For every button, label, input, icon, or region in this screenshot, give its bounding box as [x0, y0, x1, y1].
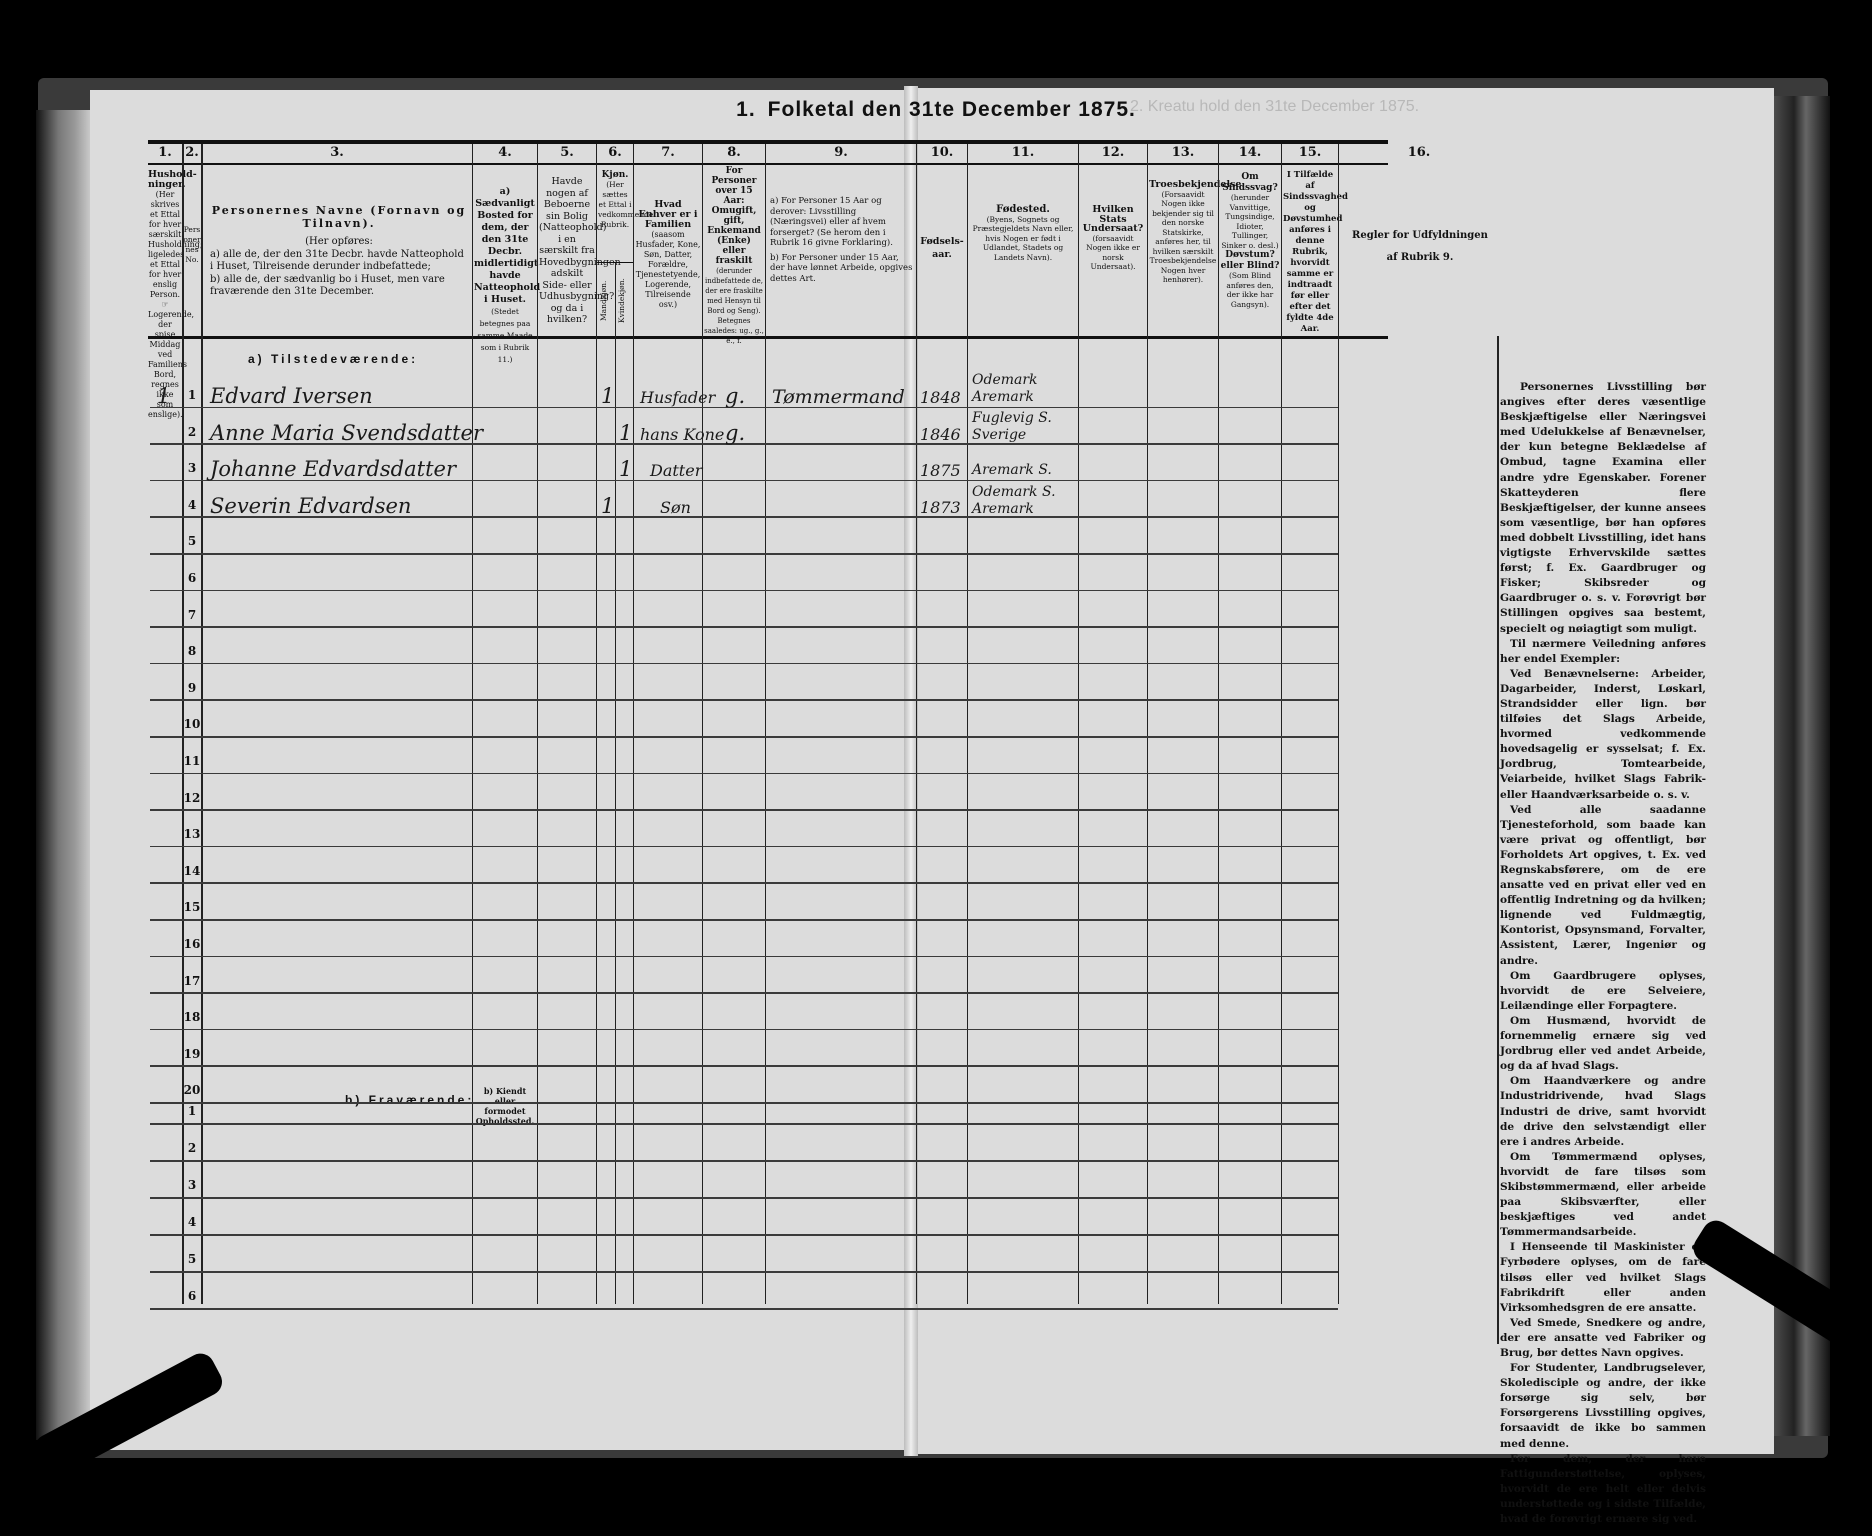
col-header-3-note-b: b) alle de, der sædvanlig bo i Huset, me…: [210, 274, 468, 299]
col-header-14: Om Sindssvag? (herunder Vanvittige, Tung…: [1220, 172, 1280, 309]
col-divider: [537, 144, 538, 1304]
col-header-14-note2: (Som Blind anføres den, der ikke har Gan…: [1226, 271, 1273, 309]
family-role: Husfader: [640, 388, 715, 407]
col-divider: [1147, 144, 1148, 1304]
row-rule: [150, 1160, 1338, 1162]
col-header-9: a) For Personer 15 Aar og derover: Livss…: [770, 196, 914, 284]
person-name: Anne Maria Svendsdatter: [210, 421, 483, 445]
col-divider: [967, 144, 968, 1304]
rules-paragraph: Om Haandværkere og andre Industridrivend…: [1500, 1074, 1706, 1149]
bleed-through-title: 2. Kreatu hold den 31te December 1875.: [1130, 98, 1419, 116]
household-mark: 1: [157, 384, 170, 408]
col-header-9-b: b) For Personer under 15 Aar, der have l…: [770, 253, 914, 285]
col-num-16: 16.: [1339, 145, 1499, 160]
col-header-6-title: Kjøn.: [602, 170, 629, 180]
col-num-6: 6.: [597, 145, 633, 160]
birthplace: Odemark Aremark: [972, 372, 1072, 406]
row-rule: [150, 553, 1338, 555]
col-divider: [1338, 144, 1339, 1304]
row-rule: [150, 956, 1338, 958]
title-text: Folketal den 31te December 1875.: [768, 98, 1136, 121]
row-rule: [150, 846, 1338, 848]
absent-col4-header: b) Kiendt eller formodet Opholdssted.: [474, 1086, 536, 1126]
col-divider: [472, 144, 473, 1304]
occupation: Tømmermand: [772, 386, 905, 408]
row-number: 12: [181, 791, 203, 805]
row-rule: [150, 809, 1338, 811]
col-num-14: 14.: [1219, 145, 1281, 160]
document-title: 1.Folketal den 31te December 1875.: [0, 98, 1872, 122]
row-number: 4: [181, 498, 203, 512]
section-present-label: a) Tilstedeværende:: [248, 352, 418, 366]
col-header-6-female: Kvindekjøn.: [616, 270, 633, 332]
absent-row-number: 3: [181, 1178, 203, 1192]
col-header-12-note: (forsaavidt Nogen ikke er norsk Undersaa…: [1086, 234, 1140, 272]
person-name: Edvard Iversen: [210, 384, 373, 408]
col-header-8-note: (derunder indbefattede de, der ere frask…: [704, 267, 764, 345]
birthplace: Odemark S. Aremark: [972, 484, 1072, 518]
rules-paragraph: Personernes Livsstilling bør angives eft…: [1500, 380, 1706, 637]
col-num-1: 1.: [148, 145, 182, 160]
birth-year: 1875: [920, 461, 961, 480]
col-header-14-title: Om Sindssvag?: [1222, 172, 1278, 193]
row-number: 8: [181, 644, 203, 658]
col-header-6-male: Mandkjøn.: [598, 270, 615, 332]
col-num-3: 3.: [202, 145, 472, 160]
col-num-7: 7.: [634, 145, 702, 160]
col-header-7: Hvad Enhver er i Familien (saasom Husfad…: [635, 200, 701, 310]
row-number: 9: [181, 681, 203, 695]
col-header-4-title: a) Sædvanligt Bosted for dem, der den 31…: [474, 186, 540, 305]
col-header-3: Personernes Navne (Fornavn og Tilnavn). …: [210, 205, 468, 299]
col-header-1: Hushold-ninger. (Her skrives et Ettal fo…: [148, 170, 182, 420]
header-num-rule: [148, 163, 1388, 165]
col-num-2: 2.: [183, 145, 201, 160]
row-number: 16: [181, 937, 203, 951]
col-num-9: 9.: [766, 145, 916, 160]
row-rule: [150, 1029, 1338, 1031]
col-header-13-note: (Forsaavidt Nogen ikke bekjender sig til…: [1150, 190, 1217, 285]
col-divider: [633, 144, 634, 1304]
row-number: 18: [181, 1010, 203, 1024]
rules-paragraph: Om Husmænd, hvorvidt de fornemmelig ernæ…: [1500, 1014, 1706, 1074]
col-num-11: 11.: [968, 145, 1078, 160]
row-rule: [150, 1065, 1338, 1067]
birthplace: Aremark S.: [972, 462, 1052, 478]
rules-column-16: Personernes Livsstilling bør angives eft…: [1500, 380, 1706, 1527]
row-rule: [150, 882, 1338, 884]
col-divider: [1218, 144, 1219, 1304]
row-rule: [150, 1308, 1338, 1310]
rules-left-border: [1497, 336, 1499, 1344]
col-divider: [765, 144, 766, 1304]
col-header-3-title: Personernes Navne (Fornavn og Tilnavn).: [210, 205, 468, 230]
rules-paragraph: I Henseende til Maskinister og Fyrbødere…: [1500, 1240, 1706, 1315]
absent-row-number: 2: [181, 1141, 203, 1155]
rules-paragraph: For dem, der have Fattigunderstøttelse, …: [1500, 1452, 1706, 1527]
person-name: Severin Edvardsen: [210, 494, 411, 518]
col-divider: [702, 144, 703, 1304]
header-top-rule: [148, 140, 1388, 144]
col-header-12-title: Hvilken Stats Undersaat?: [1083, 204, 1144, 234]
row-number: 19: [181, 1047, 203, 1061]
col-header-15: I Tilfælde af Sindssvaghed og Døvstumhed…: [1283, 170, 1337, 335]
row-rule: [150, 1271, 1338, 1273]
row-number: 13: [181, 827, 203, 841]
row-number: 11: [181, 754, 203, 768]
col-header-8-title: For Personer over 15 Aar: Omugift, gift,…: [707, 166, 761, 266]
col-num-15: 15.: [1282, 145, 1338, 160]
col-header-13: Troesbekjendelse. (Forsaavidt Nogen ikke…: [1149, 180, 1217, 285]
rules-paragraph: Om Tømmermænd oplyses, hvorvidt de fare …: [1500, 1150, 1706, 1241]
col-header-9-a: a) For Personer 15 Aar og derover: Livss…: [770, 196, 914, 249]
family-role: hans Kone: [640, 425, 724, 444]
rules-paragraph: Ved alle saadanne Tjenesteforhold, som b…: [1500, 803, 1706, 969]
col-num-12: 12.: [1079, 145, 1147, 160]
absent-row-number: 5: [181, 1252, 203, 1266]
marital-status: g.: [725, 384, 745, 408]
col-num-8: 8.: [703, 145, 765, 160]
col-header-16: Regler for Udfyldningen af Rubrik 9.: [1345, 225, 1495, 269]
col-header-12: Hvilken Stats Undersaat? (forsaavidt Nog…: [1080, 205, 1146, 272]
col-header-3-intro: (Her opføres:: [210, 236, 468, 249]
section-absent-label: b) Fraværende:: [345, 1093, 474, 1107]
row-number: 15: [181, 900, 203, 914]
col-header-14-note: (herunder Vanvittige, Tungsindige, Idiot…: [1221, 193, 1278, 250]
row-number: 10: [181, 717, 203, 731]
family-role: Datter: [650, 461, 702, 480]
col-divider: [1281, 144, 1282, 1304]
row-rule: [150, 736, 1338, 738]
col-num-10: 10.: [917, 145, 967, 160]
col-num-5: 5.: [538, 145, 596, 160]
row-number: 3: [181, 461, 203, 475]
row-rule: [150, 773, 1338, 775]
row-rule: [150, 626, 1338, 628]
birthplace: Fuglevig S. Sverige: [972, 410, 1072, 444]
col-header-14-title2: Døvstum? eller Blind?: [1221, 250, 1280, 271]
col-header-11: Fødested. (Byens, Sognets og Præstegjeld…: [969, 205, 1077, 262]
row-number: 14: [181, 864, 203, 878]
person-name: Johanne Edvardsdatter: [210, 457, 456, 481]
book-edge-right: [1770, 96, 1830, 1436]
col-header-11-note: (Byens, Sognets og Præstegjeldets Navn e…: [973, 215, 1074, 262]
sex-female-mark: 1: [619, 457, 632, 481]
col-header-3-note-a: a) alle de, der den 31te Decbr. havde Na…: [210, 249, 468, 274]
col-divider: [1078, 144, 1079, 1304]
col-divider: [596, 144, 597, 1304]
birth-year: 1873: [920, 498, 961, 517]
row-rule: [150, 1102, 1338, 1104]
row-number: 1: [181, 388, 203, 402]
col-header-8: For Personer over 15 Aar: Omugift, gift,…: [704, 166, 764, 346]
book-edge-left: [36, 110, 92, 1440]
col-header-6: Kjøn. (Her sættes et Ettal i vedkommende…: [598, 170, 632, 230]
col-header-11-title: Fødested.: [996, 204, 1050, 215]
family-role: Søn: [660, 498, 691, 517]
row-number: 2: [181, 425, 203, 439]
marital-status: g.: [725, 421, 745, 445]
sex-male-mark: 1: [601, 384, 614, 408]
absent-row-number: 6: [181, 1289, 203, 1303]
col-divider: [615, 262, 616, 1304]
row-number: 5: [181, 534, 203, 548]
col-header-7-note: (saasom Husfader, Kone, Søn, Datter, For…: [636, 230, 701, 309]
col-num-13: 13.: [1148, 145, 1218, 160]
row-rule: [150, 1197, 1338, 1199]
row-rule: [150, 590, 1338, 592]
col-divider: [916, 144, 917, 1304]
row-number: 20: [181, 1083, 203, 1097]
sex-male-mark: 1: [601, 494, 614, 518]
birth-year: 1846: [920, 425, 961, 444]
header-bottom-rule: [148, 336, 1388, 339]
row-rule: [150, 992, 1338, 994]
col-header-4-note: (Stedet betegnes paa samme Maade som i R…: [477, 307, 532, 364]
rules-paragraph: For Studenter, Landbrugselever, Skoledis…: [1500, 1361, 1706, 1452]
row-rule: [150, 699, 1338, 701]
sex-female-mark: 1: [619, 421, 632, 445]
row-number: 17: [181, 974, 203, 988]
rules-paragraph: Til nærmere Veiledning anføres her endel…: [1500, 637, 1706, 667]
rules-paragraph: Om Gaardbrugere oplyses, hvorvidt de ere…: [1500, 969, 1706, 1014]
row-rule: [150, 919, 1338, 921]
col-header-4: a) Sædvanligt Bosted for dem, der den 31…: [474, 186, 536, 366]
row-rule: [150, 1234, 1338, 1236]
col-header-2: Personernes No.: [183, 225, 201, 265]
sex-subheader-rule: [597, 262, 633, 263]
row-rule: [150, 1123, 1338, 1125]
col-header-7-title: Hvad Enhver er i Familien: [639, 199, 698, 230]
row-number: 6: [181, 571, 203, 585]
rules-paragraph: Ved Benævnelserne: Arbeider, Dagarbeider…: [1500, 667, 1706, 803]
col-header-5: Havde nogen af Beboerne sin Bolig (Natte…: [539, 176, 595, 326]
rules-paragraph: Ved Smede, Snedkere og andre, der ere an…: [1500, 1316, 1706, 1361]
row-rule: [150, 663, 1338, 665]
absent-row-number: 4: [181, 1215, 203, 1229]
col-header-10: Fødsels-aar.: [918, 236, 966, 261]
absent-row-number: 1: [181, 1104, 203, 1118]
col-num-4: 4.: [473, 145, 537, 160]
row-number: 7: [181, 608, 203, 622]
birth-year: 1848: [920, 388, 961, 407]
title-number: 1.: [736, 98, 756, 121]
